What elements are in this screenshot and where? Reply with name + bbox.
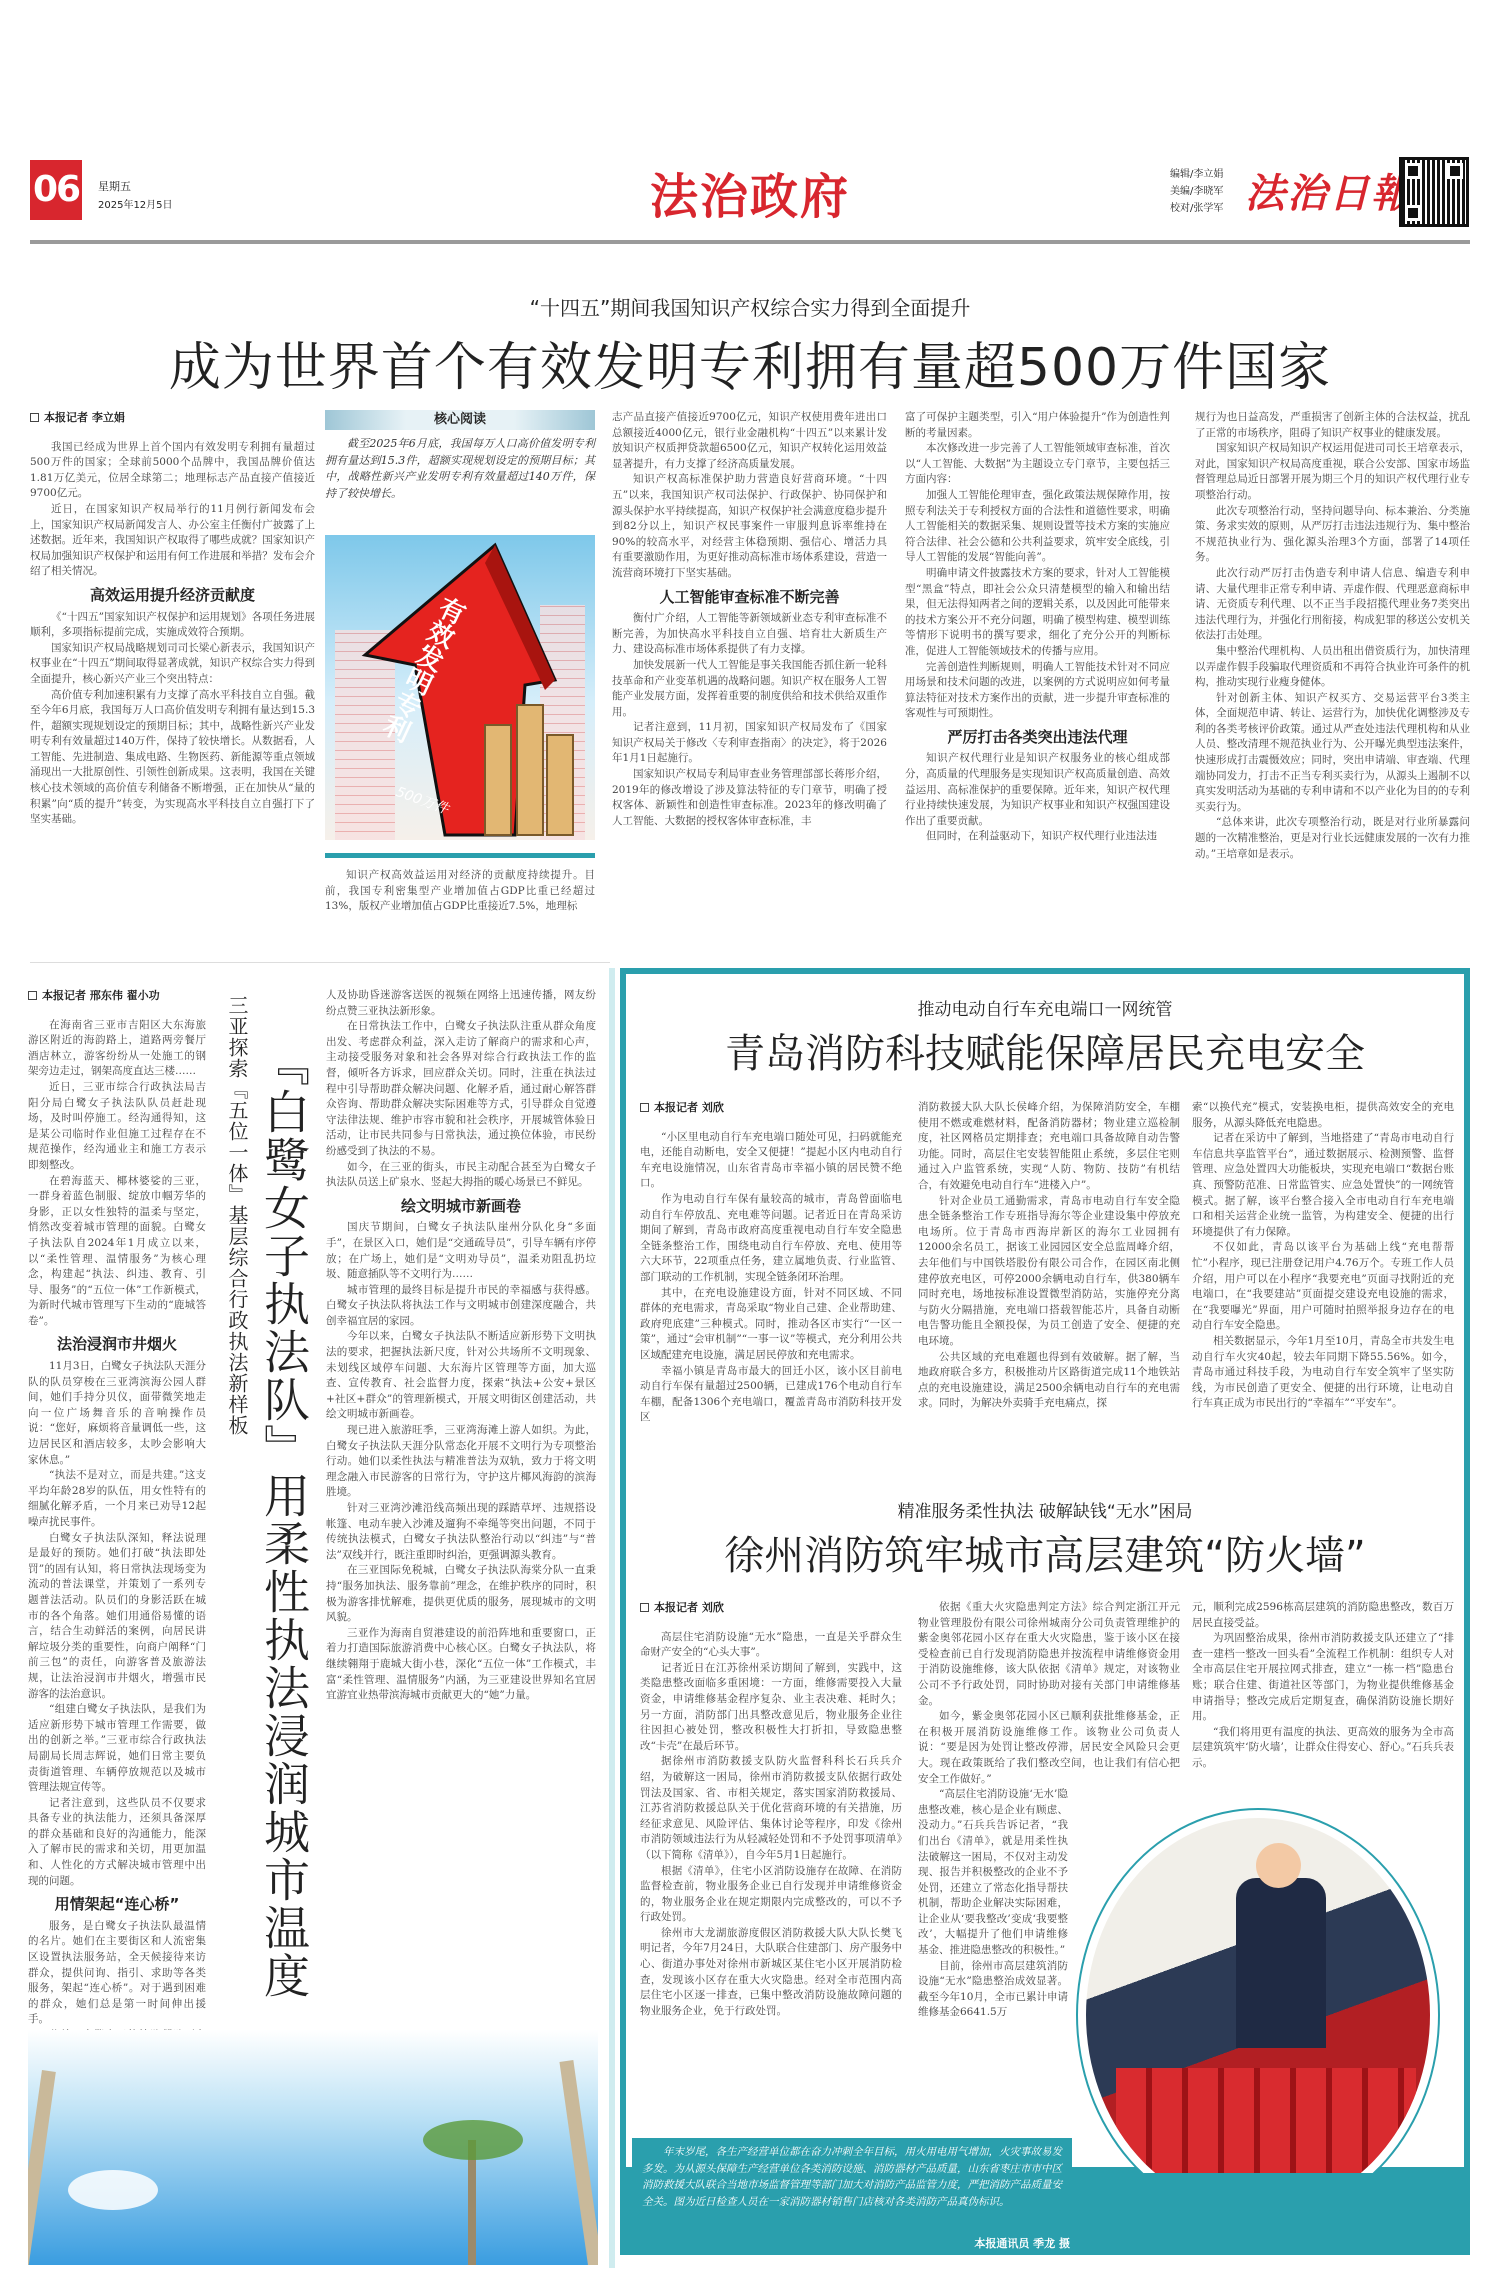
article3-column-3: 索“以换代充”模式，安装换电柜，提供高效安全的充电服务，从源头降低充电隐患。 记… xyxy=(1192,1100,1454,1412)
art-editor: 美编/李晓军 xyxy=(1170,183,1223,200)
article4-kicker: 精准服务柔性执法 破解缺钱“无水”困局 xyxy=(626,1497,1464,1522)
byline-box-icon xyxy=(30,413,39,422)
teal-rule xyxy=(325,853,595,858)
byline-box-icon xyxy=(640,1603,649,1612)
byline-box-icon xyxy=(640,1103,649,1112)
byline: 本报记者 刘欣 xyxy=(640,1100,902,1116)
byline: 本报记者 李立娟 xyxy=(30,410,315,426)
article1-column-5: 规行为也日益高发，严重损害了创新主体的合法权益，扰乱了正常的市场秩序，阻碍了知识… xyxy=(1195,410,1470,862)
article3-column-2: 消防救援大队大队长侯峰介绍，为保障消防安全，车棚使用不燃或难燃材料，配备消防器材… xyxy=(918,1100,1180,1412)
core-reading-text: 截至2025年6月底，我国每万人口高价值发明专利拥有量达到15.3件，超额实现规… xyxy=(325,436,595,502)
section-title: 法治政府 xyxy=(630,158,870,227)
byline: 本报记者 刘欣 xyxy=(640,1600,902,1616)
paper-logo: 法治日報 xyxy=(1245,162,1413,219)
proofreader: 校对/张学军 xyxy=(1170,200,1223,217)
article4-column-1: 本报记者 刘欣 高层住宅消防设施“无水”隐患，一直是关乎群众生命财产安全的“心头… xyxy=(640,1600,902,2019)
article1-column-4: 富了可保护主题类型，引入“用户体验提升”作为创造性判断的考量因素。 本次修改进一… xyxy=(905,410,1170,845)
subheading: 人工智能审查标准不断完善 xyxy=(612,590,887,606)
subheading: 严厉打击各类突出违法代理 xyxy=(905,730,1170,746)
subheading: 高效运用提升经济贡献度 xyxy=(30,588,315,604)
subheading: 绘文明城市新画卷 xyxy=(326,1199,596,1215)
subheading: 法治浸润市井烟火 xyxy=(28,1337,206,1353)
article3-headline: 青岛消防科技赋能保障居民充电安全 xyxy=(626,1022,1464,1079)
section-divider xyxy=(30,962,610,963)
weekday: 星期五 xyxy=(98,178,131,194)
byline-box-icon xyxy=(28,991,37,1000)
article2-column-2: 人及协助昏迷游客送医的视频在网络上迅速传播，网友纷纷点赞三亚执法新形象。 在日常… xyxy=(326,988,596,1704)
page-number-badge: 06 xyxy=(30,160,82,220)
core-reading-box: 核心阅读 截至2025年6月底，我国每万人口高价值发明专利拥有量达到15.3件，… xyxy=(325,410,595,502)
article2-kicker-vertical: 三亚探索『五位一体』基层综合行政执法新样板 xyxy=(225,995,249,1436)
article1-kicker: “十四五”期间我国知识产权综合实力得到全面提升 xyxy=(0,292,1500,321)
editor-credits: 编辑/李立娟 美编/李晓军 校对/张学军 xyxy=(1170,166,1223,217)
article2-headline-vertical: 『白鹭女子执法队』用柔性执法浸润城市温度 xyxy=(258,1040,310,2000)
article3-kicker: 推动电动自行车充电端口一网统管 xyxy=(626,995,1464,1020)
fire-extinguisher-photo xyxy=(1078,1810,1438,2220)
article2-column-1: 本报记者 邢东伟 翟小功 在海南省三亚市吉阳区大东海旅游区附近的海韵路上，道路两… xyxy=(28,988,206,2059)
article1-column-1: 本报记者 李立娟 我国已经成为世界上首个国内有效发明专利拥有量超过500万件的国… xyxy=(30,410,315,828)
photo-credit: 本报通讯员 季龙 摄 xyxy=(820,2235,1070,2251)
subheading: 用情架起“连心桥” xyxy=(28,1897,206,1913)
masthead-rule xyxy=(30,240,1470,244)
core-reading-title: 核心阅读 xyxy=(325,410,595,430)
patent-illustration: 有效发明专利 500万件 xyxy=(325,535,595,840)
article1-column-2-tail: 知识产权高效益运用对经济的贡献度持续提升。目前，我国专利密集型产业增加值占GDP… xyxy=(325,868,595,915)
article4-headline: 徐州消防筑牢城市高层建筑“防火墙” xyxy=(626,1524,1464,1581)
article1-headline: 成为世界首个有效发明专利拥有量超500万件国家 xyxy=(0,325,1500,400)
article3-column-1: 本报记者 刘欣 “小区里电动自行车充电端口随处可见，扫码就能充电，还能自动断电，… xyxy=(640,1100,902,1426)
byline: 本报记者 邢东伟 翟小功 xyxy=(28,988,206,1004)
issue-date: 2025年12月5日 xyxy=(98,196,173,211)
article1-column-3: 志产品直接产值接近9700亿元，知识产权使用费年进出口总额接近4000亿元，银行… xyxy=(612,410,887,829)
masthead: 06 星期五 2025年12月5日 法治政府 编辑/李立娟 美编/李晓军 校对/… xyxy=(30,160,1470,230)
article4-column-3: 元，顺利完成2596栋高层建筑的消防隐患整改，数百万居民直接受益。 为巩固整治成… xyxy=(1192,1600,1454,1772)
beach-illustration xyxy=(28,2030,598,2265)
qr-code xyxy=(1402,160,1466,224)
editor: 编辑/李立娟 xyxy=(1170,166,1223,183)
